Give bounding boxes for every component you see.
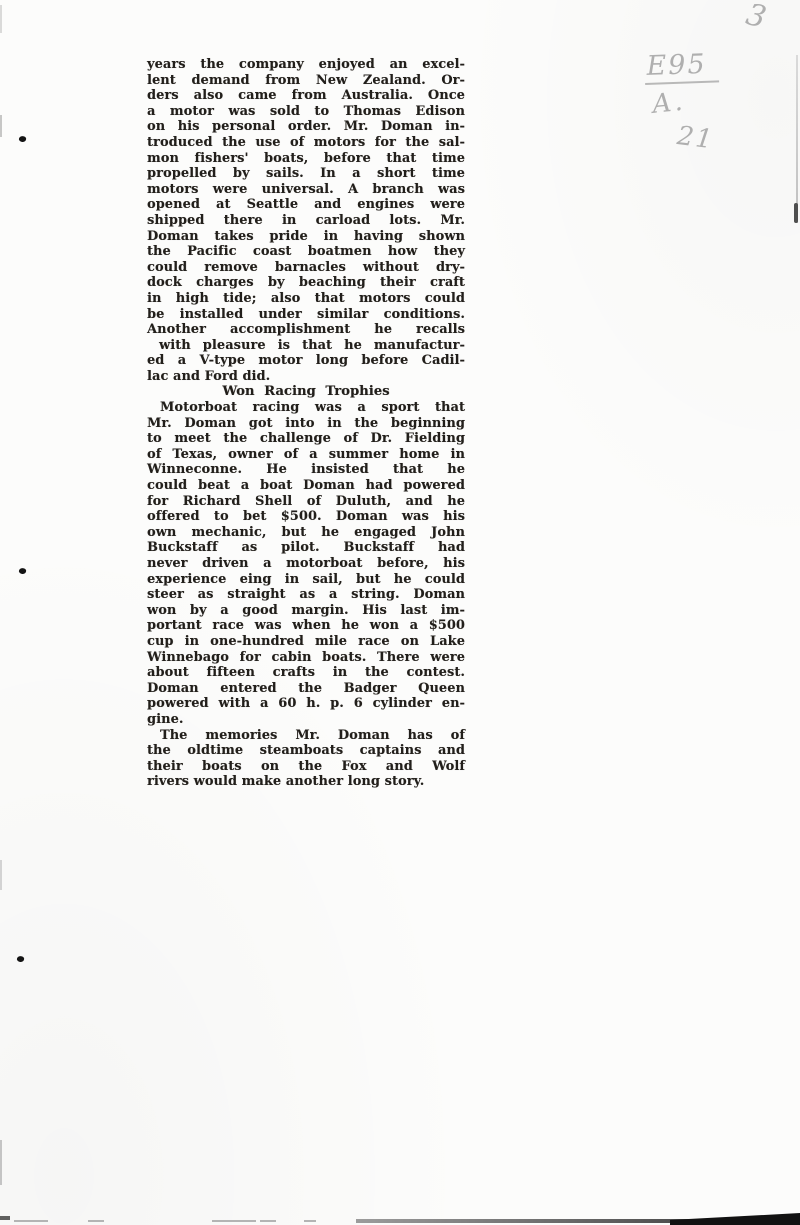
scan-bottom-dash — [304, 1220, 316, 1222]
article-line: to meet the challenge of Dr. Fielding — [147, 431, 465, 447]
article-line: their boats on the Fox and Wolf — [147, 759, 465, 775]
article-line: portant race was when he won a $500 — [147, 618, 465, 634]
scan-edge-line — [0, 860, 2, 890]
article-line: opened at Seattle and engines were — [147, 197, 465, 213]
article-line: mon fishers' boats, before that time — [147, 151, 465, 167]
scan-bottom-dash — [88, 1220, 104, 1222]
article-line: Motorboat racing was a sport that — [147, 400, 465, 416]
article-line: Another accomplishment he recalls — [147, 322, 465, 338]
article-line: cup in one-hundred mile race on Lake — [147, 634, 465, 650]
article-line: The memories Mr. Doman has of — [147, 728, 465, 744]
ink-dot — [16, 955, 25, 963]
article-line: Mr. Doman got into in the beginning — [147, 416, 465, 432]
article-line: lac and Ford did. — [147, 369, 465, 385]
article-line: dock charges by beaching their craft — [147, 275, 465, 291]
ink-dot — [18, 135, 27, 143]
article-line: in high tide; also that motors could — [147, 291, 465, 307]
article-line: the oldtime steamboats captains and — [147, 743, 465, 759]
article-line: offered to bet $500. Doman was his — [147, 509, 465, 525]
article-line: shipped there in carload lots. Mr. — [147, 213, 465, 229]
paragraph: Motorboat racing was a sport thatMr. Dom… — [147, 400, 465, 727]
article-line: ders also came from Australia. Once — [147, 88, 465, 104]
article-line: could remove barnacles without dry- — [147, 260, 465, 276]
scan-bottom-dash — [14, 1220, 48, 1222]
article-line: the Pacific coast boatmen how they — [147, 244, 465, 260]
article-line: Doman entered the Badger Queen — [147, 681, 465, 697]
article-line: Doman takes pride in having shown — [147, 229, 465, 245]
pencil-mark-code-top: E95 — [644, 48, 719, 85]
article-line: Winneconne. He insisted that he — [147, 462, 465, 478]
scan-bottom-dash — [260, 1220, 276, 1222]
article-line: of Texas, owner of a summer home in — [147, 447, 465, 463]
article-line: for Richard Shell of Duluth, and he — [147, 494, 465, 510]
article-line: a motor was sold to Thomas Edison — [147, 104, 465, 120]
article-line: could beat a boat Doman had powered — [147, 478, 465, 494]
paragraph: years the company enjoyed an excel-lent … — [147, 57, 465, 384]
article-line: Buckstaff as pilot. Buckstaff had — [147, 540, 465, 556]
article-line: years the company enjoyed an excel- — [147, 57, 465, 73]
article-line: troduced the use of motors for the sal- — [147, 135, 465, 151]
scan-edge-line — [0, 115, 2, 137]
section-heading: Won Racing Trophies — [147, 384, 465, 400]
scan-edge-blob — [794, 203, 798, 223]
article-line: with pleasure is that he manufactur- — [147, 338, 465, 354]
paragraph: The memories Mr. Doman has ofthe oldtime… — [147, 728, 465, 790]
article-column: years the company enjoyed an excel-lent … — [147, 57, 465, 790]
scan-bottom-corner-mark — [0, 1216, 10, 1220]
article-line: gine. — [147, 712, 465, 728]
article-line: rivers would make another long story. — [147, 774, 465, 790]
article-line: Winnebago for cabin boats. There were — [147, 650, 465, 666]
article-line: on his personal order. Mr. Doman in- — [147, 119, 465, 135]
scan-bottom-dash — [212, 1220, 256, 1222]
article-line: ed a V-type motor long before Cadil- — [147, 353, 465, 369]
scan-edge-line — [0, 5, 2, 33]
article-line: steer as straight as a string. Doman — [147, 587, 465, 603]
ink-dot — [18, 567, 27, 575]
article-line: won by a good margin. His last im- — [147, 603, 465, 619]
article-line: be installed under similar conditions. — [147, 307, 465, 323]
scanned-newspaper-clipping: years the company enjoyed an excel-lent … — [0, 0, 800, 1225]
pencil-mark-code-bottom: 21 — [675, 121, 715, 155]
scan-edge-line — [796, 55, 798, 223]
article-line: experience eing in sail, but he could — [147, 572, 465, 588]
article-line: motors were universal. A branch was — [147, 182, 465, 198]
article-line: about fifteen crafts in the contest. — [147, 665, 465, 681]
scan-bottom-bar — [356, 1219, 696, 1223]
pencil-mark-corner: 3 — [743, 0, 770, 36]
article-line: powered with a 60 h. p. 6 cylinder en- — [147, 696, 465, 712]
pencil-mark-code-middle: A. — [651, 87, 687, 120]
scan-edge-line — [0, 1140, 2, 1185]
article-line: lent demand from New Zealand. Or- — [147, 73, 465, 89]
article-line: own mechanic, but he engaged John — [147, 525, 465, 541]
article-line: propelled by sails. In a short time — [147, 166, 465, 182]
article-line: never driven a motorboat before, his — [147, 556, 465, 572]
